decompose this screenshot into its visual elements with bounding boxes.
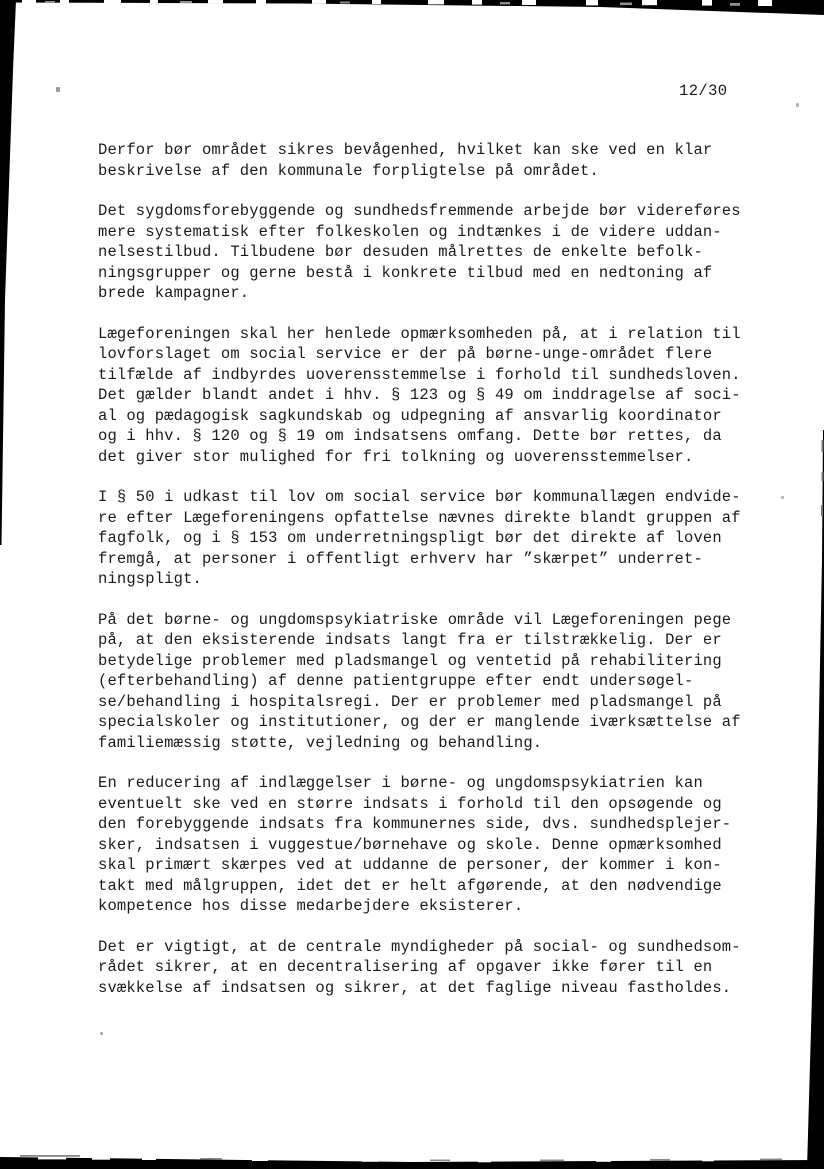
text-line: ningsgrupper og gerne bestå i konkrete t… (98, 263, 788, 284)
text-line: Lægeforeningen skal her henlede opmærkso… (98, 324, 788, 345)
text-line: lovforslaget om social service er der på… (98, 344, 788, 365)
text-line: familiemæssig støtte, vejledning og beha… (98, 733, 788, 754)
scan-speck (100, 1032, 103, 1035)
text-line: betydelige problemer med pladsmangel og … (98, 651, 788, 672)
text-line: fremgå, at personer i offentligt erhverv… (98, 549, 788, 570)
text-line: Det gælder blandt andet i hhv. § 123 og … (98, 385, 788, 406)
text-line: det giver stor mulighed for fri tolkning… (98, 447, 788, 468)
scan-speck (796, 103, 799, 107)
paragraph: På det børne- og ungdomspsykiatriske omr… (98, 610, 788, 754)
text-line: og i hhv. § 120 og § 19 om indsatsens om… (98, 426, 788, 447)
text-line: tilfælde af indbyrdes uoverensstemmelse … (98, 365, 788, 386)
text-line: Det sygdomsforebyggende og sundhedsfremm… (98, 201, 788, 222)
text-line: nelsestilbud. Tilbudene bør desuden målr… (98, 242, 788, 263)
scan-edge-left (0, 0, 16, 545)
text-line: se/behandling i hospitalsregi. Der er pr… (98, 692, 788, 713)
page-number: 12/30 (679, 82, 728, 100)
text-line: beskrivelse af den kommunale forpligtels… (98, 161, 788, 182)
text-line: den forebyggende indsats fra kommunernes… (98, 814, 788, 835)
text-line: sker, indsatsen i vuggestue/børnehave og… (98, 835, 788, 856)
text-line: (efterbehandling) af denne patientgruppe… (98, 671, 788, 692)
text-line: mere systematisk efter folkeskolen og in… (98, 222, 788, 243)
paragraph: Lægeforeningen skal her henlede opmærkso… (98, 324, 788, 468)
text-line: fagfolk, og i § 153 om underretningsplig… (98, 528, 788, 549)
text-line: kompetence hos disse medarbejdere eksist… (98, 896, 788, 917)
text-line: takt med målgruppen, idet det er helt af… (98, 876, 788, 897)
scan-edge-bottom (0, 1157, 824, 1169)
text-line: ningspligt. (98, 569, 788, 590)
text-line: brede kampagner. (98, 283, 788, 304)
scan-speck (56, 87, 60, 92)
document-body: Derfor bør området sikres bevågenhed, hv… (98, 140, 788, 1018)
text-line: specialskoler og institutioner, og der e… (98, 712, 788, 733)
paragraph: I § 50 i udkast til lov om social servic… (98, 487, 788, 590)
text-line: re efter Lægeforeningens opfattelse nævn… (98, 508, 788, 529)
text-line: al og pædagogisk sagkundskab og udpegnin… (98, 406, 788, 427)
text-line: svækkelse af indsatsen og sikrer, at det… (98, 978, 788, 999)
text-line: skal primært skærpes ved at uddanne de p… (98, 855, 788, 876)
text-line: Derfor bør området sikres bevågenhed, hv… (98, 140, 788, 161)
paragraph: Derfor bør området sikres bevågenhed, hv… (98, 140, 788, 181)
text-line: På det børne- og ungdomspsykiatriske omr… (98, 610, 788, 631)
scan-edge-top (0, 0, 824, 15)
text-line: I § 50 i udkast til lov om social servic… (98, 487, 788, 508)
text-line: rådet sikrer, at en decentralisering af … (98, 957, 788, 978)
paragraph: Det er vigtigt, at de centrale myndighed… (98, 937, 788, 999)
text-line: eventuelt ske ved en større indsats i fo… (98, 794, 788, 815)
scan-edge-right (807, 430, 824, 1169)
text-line: Det er vigtigt, at de centrale myndighed… (98, 937, 788, 958)
paragraph: Det sygdomsforebyggende og sundhedsfremm… (98, 201, 788, 304)
paragraph: En reducering af indlæggelser i børne- o… (98, 773, 788, 917)
text-line: på, at den eksisterende indsats langt fr… (98, 630, 788, 651)
text-line: En reducering af indlæggelser i børne- o… (98, 773, 788, 794)
scanned-document-page: 12/30 Derfor bør området sikres bevågenh… (0, 0, 824, 1169)
